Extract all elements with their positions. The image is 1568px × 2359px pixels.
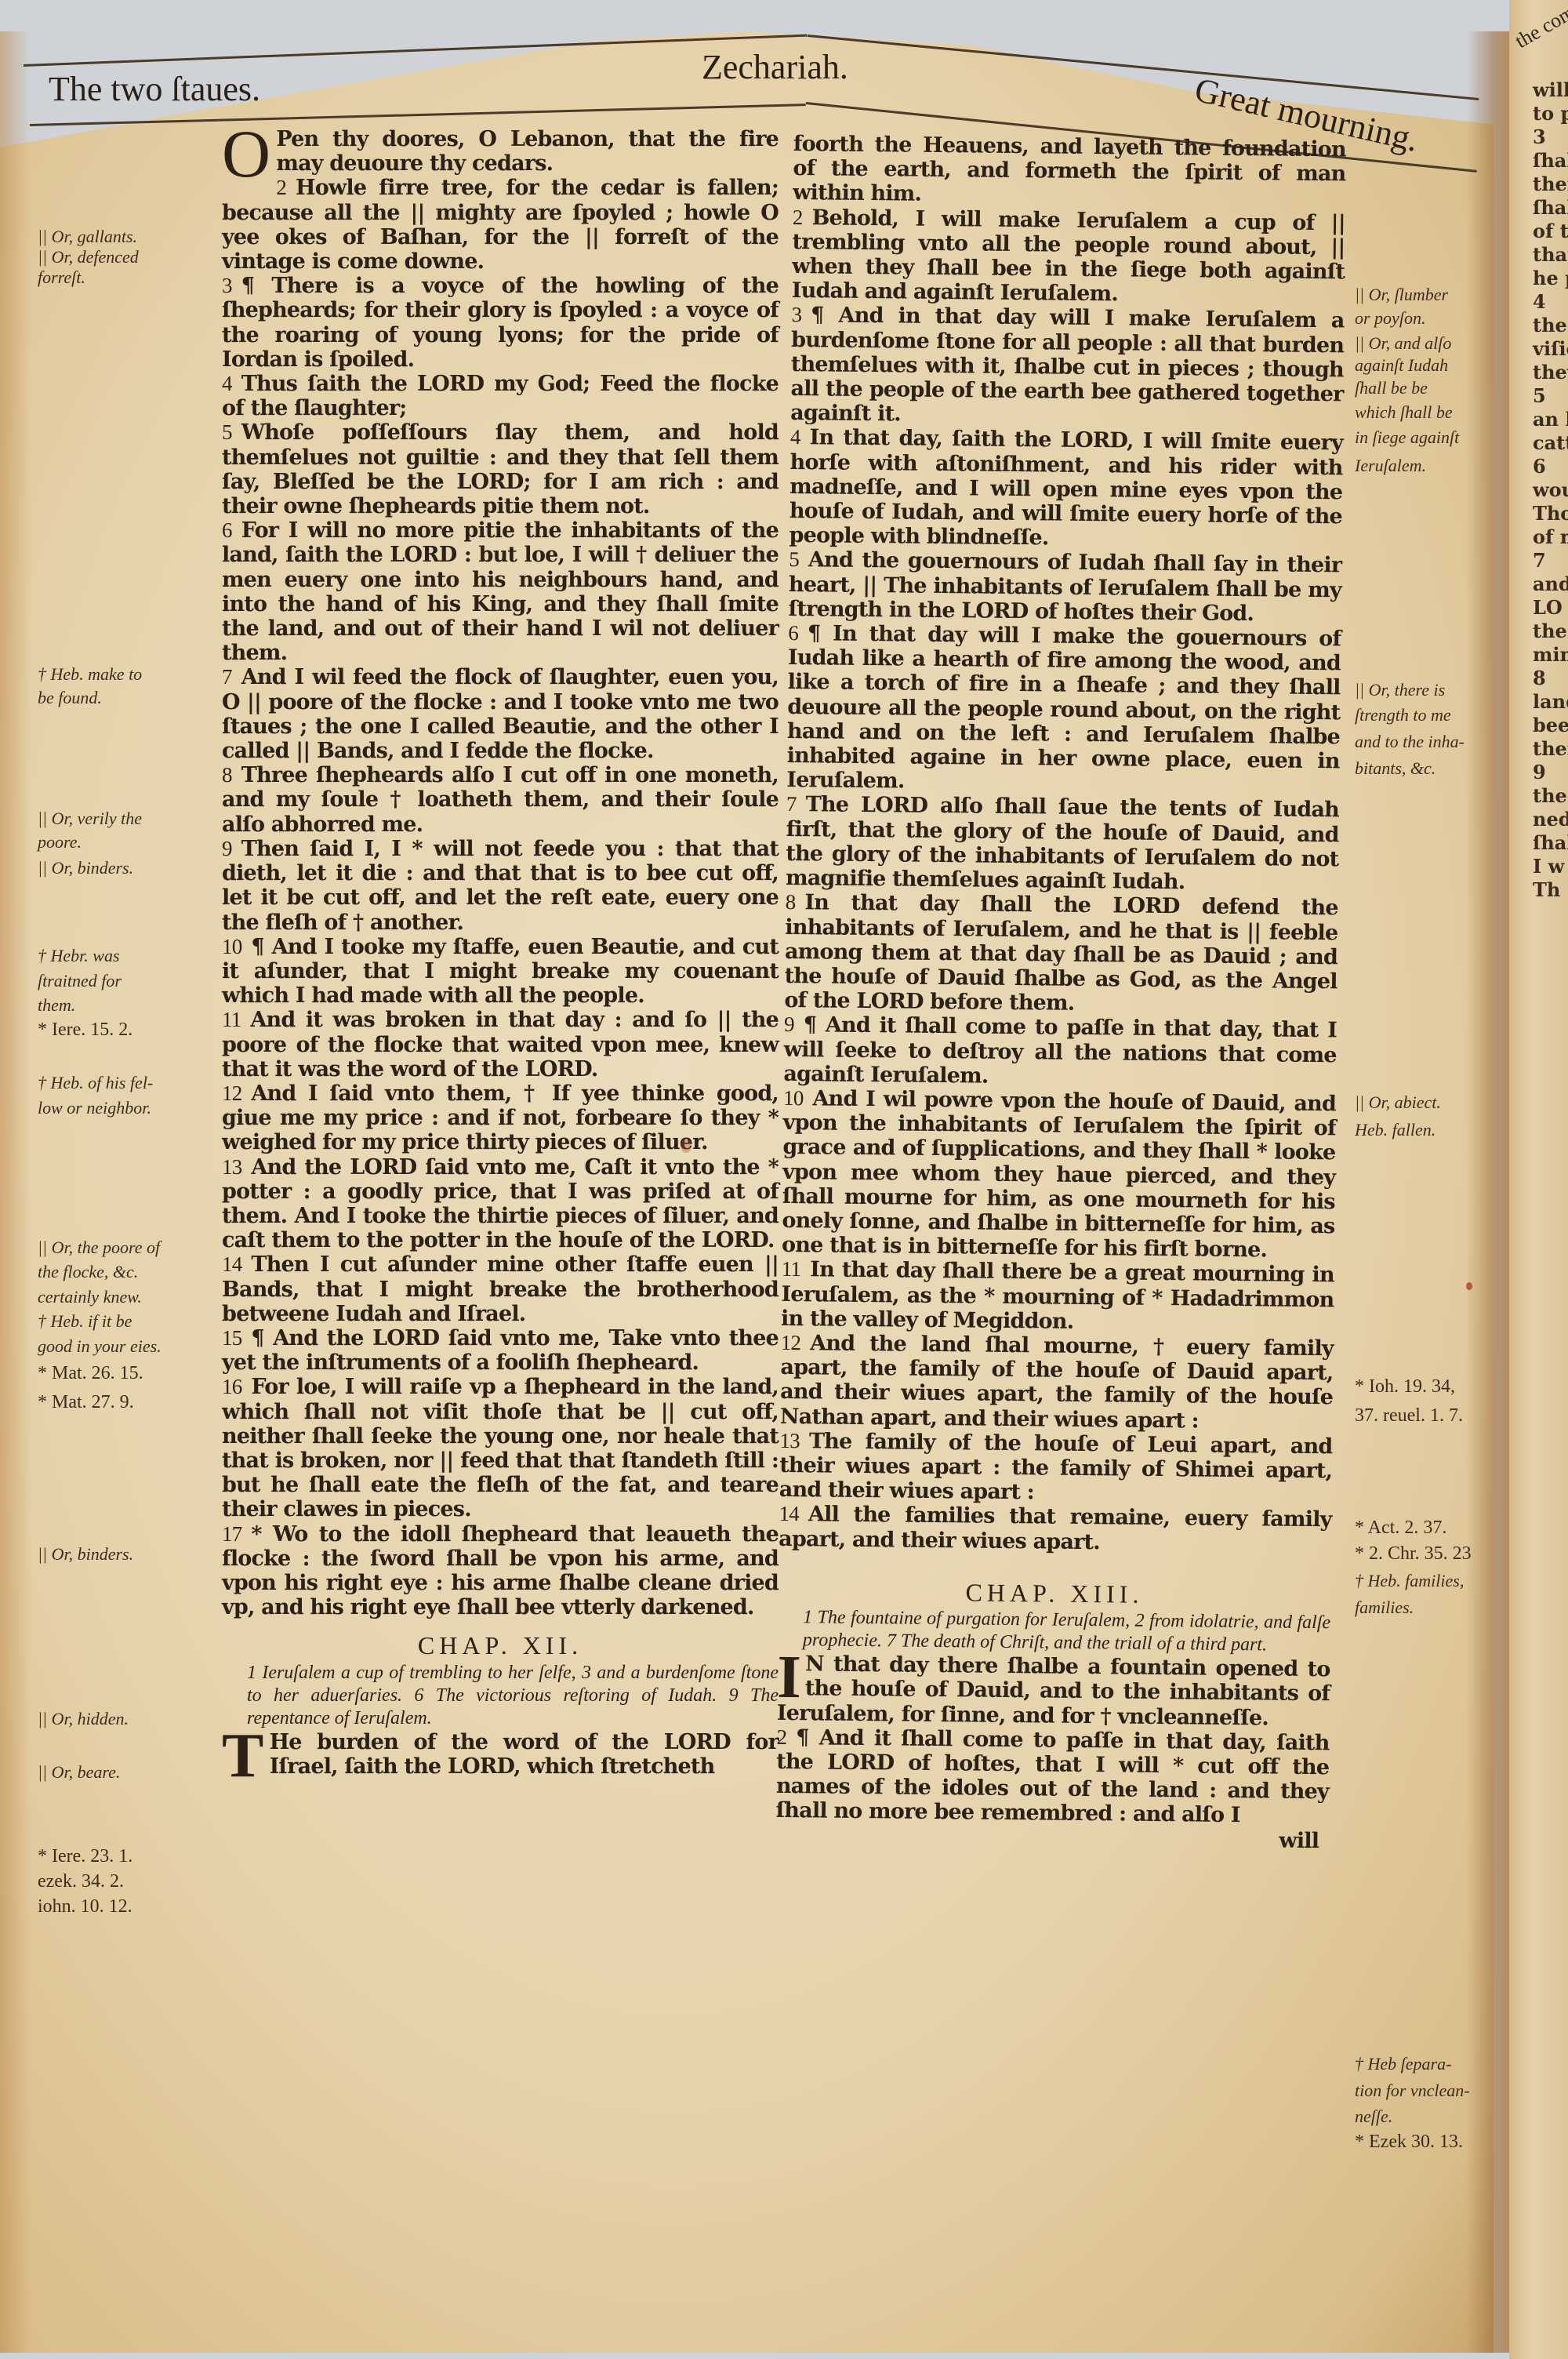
facing-page-line: 6 [1509, 455, 1568, 478]
facing-page-line: LO [1509, 596, 1568, 620]
chapter-xiii-verse-1: I N that day there ſhalbe a fountain ope… [777, 1652, 1330, 1731]
verse: 3¶ And in that day will I make Ieruſalem… [790, 303, 1345, 431]
right-margin-note: bitants, &c. [1355, 758, 1436, 779]
facing-page-line: ſhal [1509, 196, 1568, 220]
verse: 13The family of the houſe of Leui apart,… [779, 1429, 1333, 1508]
left-margin-note: || Or, defenced [38, 246, 139, 267]
facing-page-text: willto pa3ſhalltherſhalof ththathe p4the… [1509, 78, 1568, 902]
left-text-column: O Pen thy doores, O Lebanon, that the fi… [222, 127, 779, 1780]
right-margin-note: ſtrength to me [1355, 704, 1451, 725]
facing-page-line: the [1509, 784, 1568, 808]
verse: 11And it was broken in that day : and ſo… [222, 1008, 779, 1081]
verse: 4In that day, ſaith the LORD, I will ſmi… [789, 425, 1343, 553]
facing-page-running-head: the comming [1512, 8, 1567, 53]
left-margin-note: * Mat. 27. 9. [38, 1392, 134, 1413]
gutter-shadow [1466, 31, 1513, 2353]
verse: 12And the land ſhal mourne, † euery fami… [780, 1331, 1334, 1434]
right-margin-note: againſt Iudah [1355, 354, 1448, 376]
right-margin-note: || Or, ſlumber [1355, 284, 1448, 305]
right-margin-note: Heb. fallen. [1355, 1119, 1436, 1140]
left-margin-note: || Or, verily the [38, 808, 142, 829]
facing-page-line: 4 [1509, 290, 1568, 314]
left-margin-note: be found. [38, 687, 102, 708]
right-margin-note: tion for vnclean- [1355, 2080, 1470, 2101]
facing-page-line: the L [1509, 314, 1568, 337]
left-margin-note: † Heb. of his fel- [38, 1072, 153, 1093]
verse: 7And I wil feed the flock of ſlaughter, … [222, 665, 779, 763]
verse: 10And I wil powre vpon the houſe of Daui… [782, 1086, 1336, 1263]
right-margin-note: neſſe. [1355, 2106, 1392, 2127]
right-margin-note: or poyſon. [1355, 307, 1425, 329]
facing-page-line: 3 [1509, 125, 1568, 149]
facing-page-line: ther [1509, 173, 1568, 196]
facing-page-line: ther [1509, 737, 1568, 761]
right-margin-note: * 2. Chr. 35. 23 [1355, 1543, 1472, 1565]
verse: 11In that day ſhall there be a great mou… [781, 1257, 1334, 1336]
facing-page-line: of m [1509, 525, 1568, 549]
dropcap-t: T [222, 1732, 263, 1780]
facing-page-line: 7 [1509, 549, 1568, 572]
facing-page-line: Th [1509, 878, 1568, 902]
verse: 15¶ And the LORD ſaid vnto me, Take vnto… [222, 1326, 779, 1375]
verse: 2Howle firre tree, for the cedar is fall… [222, 176, 779, 274]
right-margin-note: * Act. 2. 37. [1355, 1518, 1446, 1539]
facing-page-line: an h [1509, 408, 1568, 431]
left-margin-note: || Or, hidden. [38, 1708, 129, 1729]
verse-1: O Pen thy doores, O Lebanon, that the fi… [222, 127, 779, 176]
facing-page-line: the f [1509, 620, 1568, 643]
dropcap-i: I [777, 1653, 800, 1700]
facing-page-line: wou [1509, 478, 1568, 502]
chapter-xii-verse-1: T He burden of the word of the LORD for … [222, 1730, 779, 1779]
left-margin-note: them. [38, 994, 75, 1016]
chapter-heading-xii: CHAP. XII. [222, 1634, 779, 1658]
right-margin-note: and to the inha- [1355, 731, 1465, 752]
right-margin-note: families. [1355, 1597, 1414, 1618]
right-margin-note: Ieruſalem. [1355, 455, 1426, 476]
left-margin-note: * Iere. 15. 2. [38, 1020, 132, 1041]
verse: 13And the LORD ſaid vnto me, Caſt it vnt… [222, 1155, 779, 1253]
verse: 10¶ And I tooke my ſtaffe, euen Beautie,… [222, 935, 779, 1009]
left-margin-note: poore. [38, 831, 82, 852]
left-margin-note: forreſt. [38, 267, 85, 288]
right-margin-note: 37. reuel. 1. 7. [1355, 1405, 1463, 1427]
left-margin-note: ezek. 34. 2. [38, 1871, 124, 1892]
left-margin-note: * Iere. 23. 1. [38, 1846, 132, 1867]
right-margin-note: * Ezek 30. 13. [1355, 2132, 1463, 2153]
left-margin-note: low or neighbor. [38, 1097, 151, 1118]
verse: 2Behold, I will make Ieruſalem a cup of … [792, 205, 1345, 309]
left-margin-note: the flocke, &c. [38, 1261, 138, 1282]
facing-page-line: that [1509, 243, 1568, 267]
verse: 8In that day ſhall the LORD defend the i… [784, 890, 1338, 1018]
facing-page-line: ned, [1509, 808, 1568, 831]
paper-edge-stain [0, 31, 31, 2353]
verse: 8Three ſhepheards alſo I cut off in one … [222, 763, 779, 837]
verse: 17* Wo to the idoll ſhepheard that leaue… [222, 1522, 779, 1620]
right-margin-note: || Or, abiect. [1355, 1092, 1441, 1113]
chapter-summary-xii: 1 Ieruſalem a cup of trembling to her ſe… [222, 1662, 779, 1730]
verse: 5And the gouernours of Iudah ſhall ſay i… [788, 547, 1341, 627]
verse: 14All the families that remaine, euery f… [779, 1502, 1332, 1557]
left-margin-note: * Mat. 26. 15. [38, 1363, 143, 1384]
verse: 6¶ In that day will I make the gouernour… [786, 621, 1341, 798]
facing-page-line: Thou [1509, 502, 1568, 525]
facing-page-line: of th [1509, 220, 1568, 243]
facing-page-line: I w [1509, 855, 1568, 878]
verse: 12And I ſaid vnto them, † If yee thinke … [222, 1081, 779, 1155]
facing-page-line: ſhall [1509, 149, 1568, 173]
verse-continuation: foorth the Heauens, and layeth the found… [793, 132, 1346, 211]
right-margin-note: * Ioh. 19. 34, [1355, 1376, 1455, 1398]
facing-page-line: land [1509, 690, 1568, 714]
left-margin-note: good in your eies. [38, 1336, 162, 1357]
facing-page-line: they [1509, 361, 1568, 384]
verse: 3¶ There is a voyce of the howling of th… [222, 274, 779, 372]
left-margin-note: † Hebr. was [38, 945, 120, 966]
facing-page-line: 5 [1509, 384, 1568, 408]
running-head-book: Zechariah. [702, 47, 848, 87]
right-margin-note: ſhall be be [1355, 377, 1428, 398]
right-margin-note: which ſhall be [1355, 402, 1453, 423]
left-margin-note: iohn. 10. 12. [38, 1896, 132, 1917]
facing-page-line: catt [1509, 431, 1568, 455]
left-margin-note: † Heb. if it be [38, 1310, 132, 1332]
left-margin-note: || Or, binders. [38, 1543, 133, 1565]
left-margin-note: || Or, binders. [38, 857, 133, 878]
right-text-column: foorth the Heauens, and layeth the found… [775, 132, 1346, 1853]
left-margin-note: ſtraitned for [38, 970, 122, 991]
right-margin-note: || Or, and alſo [1355, 333, 1451, 354]
right-margin-note: † Heb ſepara- [1355, 2053, 1451, 2074]
facing-page-line: 9 [1509, 761, 1568, 784]
facing-page-line: ſhall [1509, 831, 1568, 855]
right-margin-note: || Or, there is [1355, 679, 1445, 700]
facing-page-line: will [1509, 78, 1568, 102]
facing-page-edge: the comming willto pa3ſhalltherſhalof th… [1509, 0, 1568, 2359]
right-margin-note: in ſiege againſt [1355, 427, 1459, 448]
foxing-spot [1466, 1282, 1472, 1290]
right-margin-note: † Heb. families, [1355, 1570, 1464, 1591]
verse: 9¶ And it ſhall come to paſſe in that da… [783, 1012, 1337, 1092]
facing-page-line: and [1509, 572, 1568, 596]
verse: 6For I will no more pitie the inhabitant… [222, 518, 779, 665]
facing-page-line: bee [1509, 714, 1568, 737]
facing-page-line: min [1509, 643, 1568, 667]
running-head-left: The two ſtaues. [49, 69, 260, 109]
chapter-xiii-verse-2: 2¶ And it ſhall come to paſſe in that da… [775, 1725, 1329, 1829]
verse: 16For loe, I will raiſe vp a ſhepheard i… [222, 1375, 779, 1521]
chapter-summary-xiii: 1 The fountaine of purgation for Ieruſal… [778, 1606, 1331, 1657]
verse: 4Thus ſaith the LORD my God; Feed the fl… [222, 372, 779, 420]
facing-page-line: to pa [1509, 102, 1568, 125]
facing-page-line: he p [1509, 267, 1568, 290]
foxing-spot [681, 1139, 691, 1153]
facing-page-line: 8 [1509, 667, 1568, 690]
dropcap-o: O [222, 130, 270, 177]
verse: 9Then ſaid I, I * will not feede you : t… [222, 837, 779, 935]
left-margin-note: certainly knew. [38, 1286, 142, 1307]
left-margin-note: † Heb. make to [38, 663, 142, 685]
facing-page-line: viſio [1509, 337, 1568, 361]
verse: 5Whoſe poſſeſſours ſlay them, and hold t… [222, 420, 779, 518]
left-margin-note: || Or, gallants. [38, 226, 137, 247]
verse: 7The LORD alſo ſhall ſaue the tents of I… [786, 792, 1339, 896]
chapter-heading-xiii: CHAP. XIII. [778, 1579, 1330, 1609]
left-margin-note: || Or, beare. [38, 1761, 120, 1783]
verse [779, 1551, 1331, 1582]
left-margin-note: || Or, the poore of [38, 1237, 160, 1258]
verse: 14Then I cut aſunder mine other ſtaffe e… [222, 1252, 779, 1326]
